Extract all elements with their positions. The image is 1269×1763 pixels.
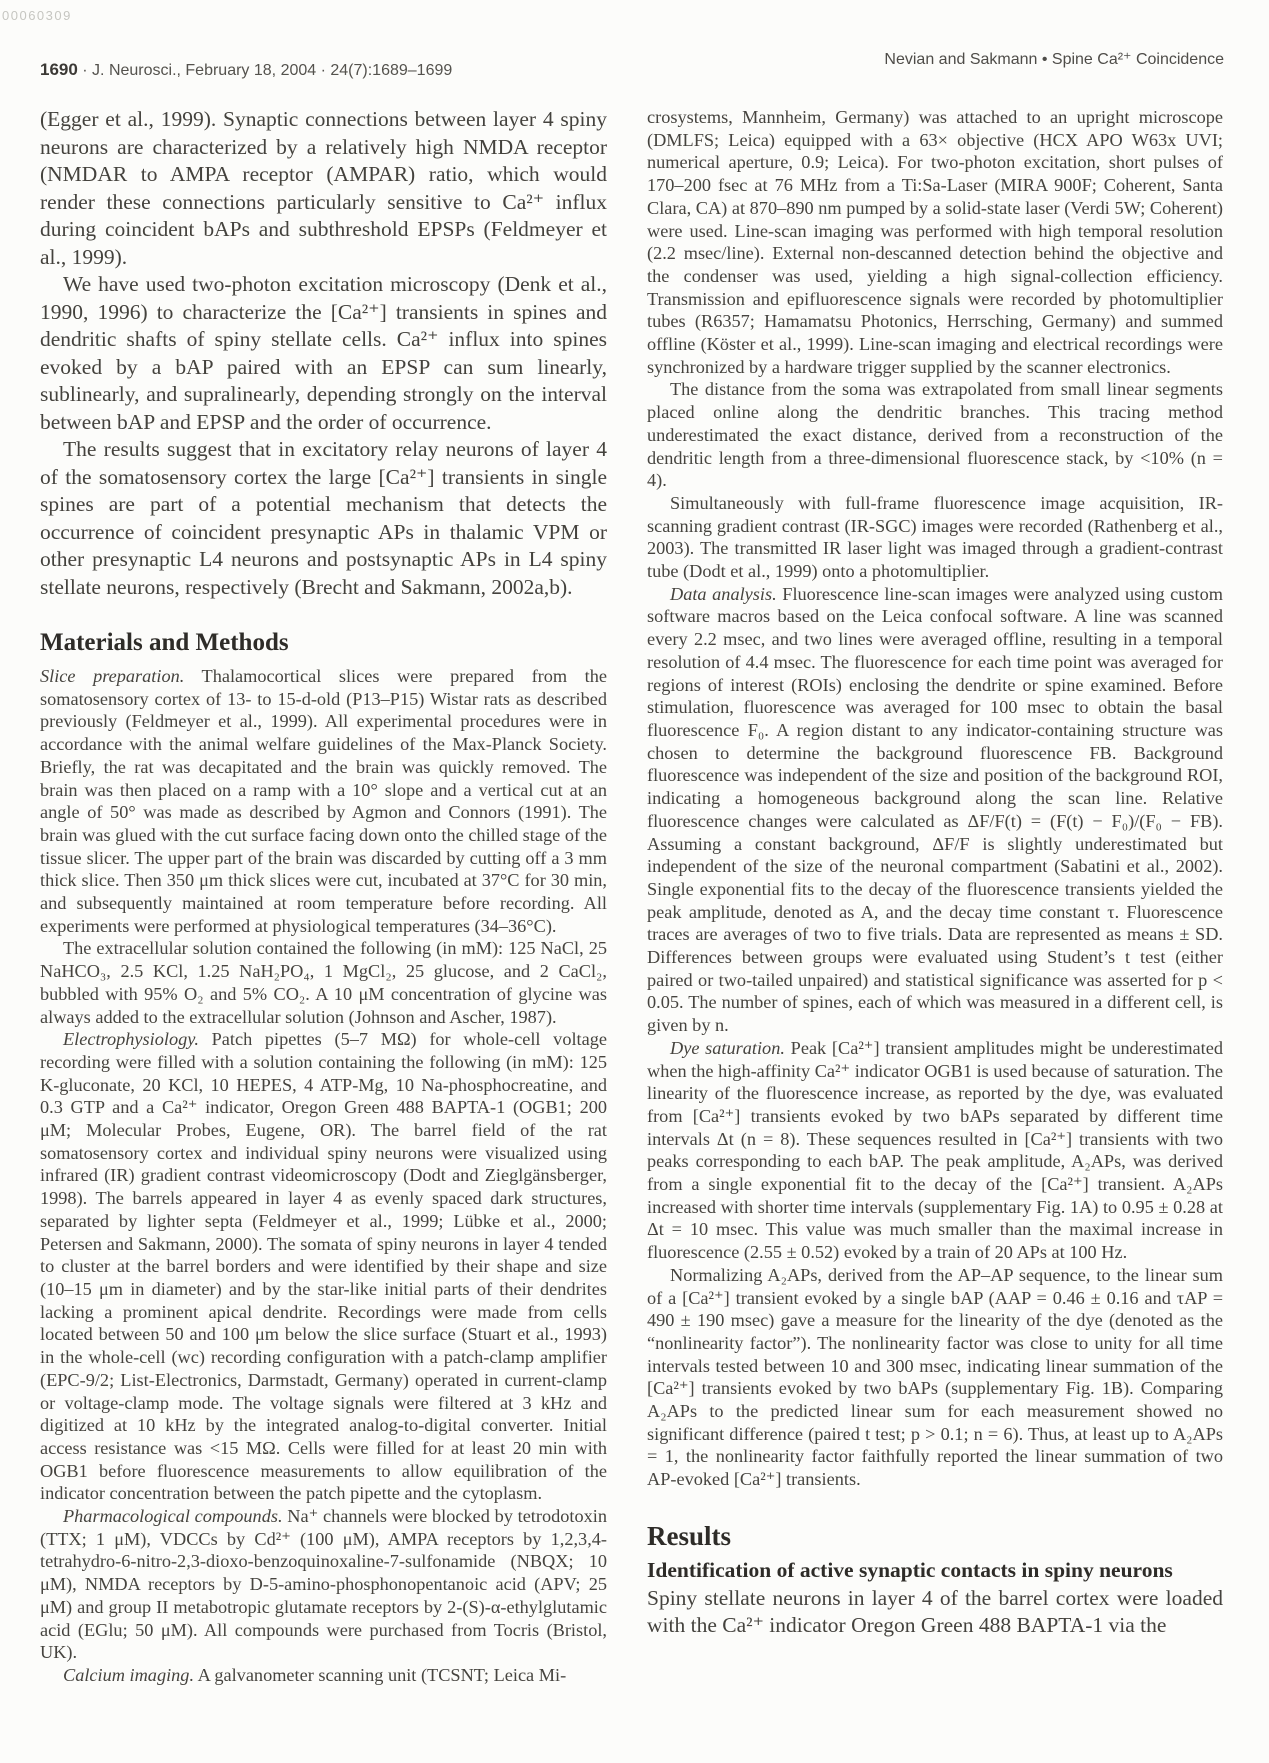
scan-number: 00060309 xyxy=(2,8,72,23)
intro-paragraph-continued: (Egger et al., 1999). Synaptic connectio… xyxy=(40,106,607,271)
paragraph-text: The distance from the soma was extrapola… xyxy=(647,379,1223,490)
methods-paragraph-data-analysis: Data analysis. Fluorescence line-scan im… xyxy=(647,583,1223,1037)
results-paragraph: Spiny stellate neurons in layer 4 of the… xyxy=(647,1585,1223,1640)
journal-page: { "scan_id": "00060309", "header": { "pa… xyxy=(0,0,1269,1763)
methods-paragraph-pharmacological-compounds: Pharmacological compounds. Na⁺ channels … xyxy=(40,1505,607,1664)
paragraph-text: The extracellular solution contained the… xyxy=(40,938,607,1026)
section-heading-materials-and-methods: Materials and Methods xyxy=(40,629,607,657)
paragraph-lead: Pharmacological compounds. xyxy=(63,1506,283,1526)
methods-paragraph-ir-sgc: Simultaneously with full-frame fluoresce… xyxy=(647,492,1223,583)
intro-paragraph: We have used two-photon excitation micro… xyxy=(40,271,607,436)
paragraph-lead: Electrophysiology. xyxy=(63,1029,199,1049)
methods-paragraph-slice-preparation: Slice preparation. Thalamocortical slice… xyxy=(40,665,607,937)
right-column: crosystems, Mannheim, Germany) was attac… xyxy=(647,106,1223,1640)
paragraph-text: Thalamocortical slices were prepared fro… xyxy=(40,666,607,936)
page-number: 1690 xyxy=(40,60,78,79)
intro-paragraph: The results suggest that in excitatory r… xyxy=(40,436,607,601)
methods-paragraph-continued: crosystems, Mannheim, Germany) was attac… xyxy=(647,106,1223,378)
journal-citation: · J. Neurosci., February 18, 2004 · 24(7… xyxy=(78,62,452,79)
paragraph-lead: Data analysis. xyxy=(670,584,777,604)
header-left: 1690 · J. Neurosci., February 18, 2004 ·… xyxy=(40,60,452,80)
methods-paragraph-electrophysiology: Electrophysiology. Patch pipettes (5–7 M… xyxy=(40,1028,607,1505)
paragraph-text: Peak [Ca²⁺] transient amplitudes might b… xyxy=(647,1038,1223,1262)
paragraph-lead: Slice preparation. xyxy=(40,666,184,686)
paragraph-text: Normalizing A₂APs, derived from the AP–A… xyxy=(647,1265,1223,1489)
paragraph-text: Simultaneously with full-frame fluoresce… xyxy=(647,493,1223,581)
section-heading-results: Results xyxy=(647,1521,1223,1552)
paragraph-lead: Calcium imaging. xyxy=(63,1665,194,1685)
paragraph-text: crosystems, Mannheim, Germany) was attac… xyxy=(647,107,1223,377)
running-head: Nevian and Sakmann • Spine Ca²⁺ Coincide… xyxy=(884,49,1224,69)
paragraph-text: Fluorescence line-scan images were analy… xyxy=(647,584,1223,1035)
methods-paragraph-dye-saturation: Dye saturation. Peak [Ca²⁺] transient am… xyxy=(647,1037,1223,1264)
paragraph-text: Patch pipettes (5–7 MΩ) for whole-cell v… xyxy=(40,1029,607,1503)
paragraph-text: Na⁺ channels were blocked by tetrodotoxi… xyxy=(40,1506,607,1662)
methods-paragraph-distance: The distance from the soma was extrapola… xyxy=(647,378,1223,492)
left-column: (Egger et al., 1999). Synaptic connectio… xyxy=(40,106,607,1687)
paragraph-text: A galvanometer scanning unit (TCSNT; Lei… xyxy=(194,1665,566,1685)
subsection-heading-identification: Identification of active synaptic contac… xyxy=(647,1557,1223,1583)
paragraph-lead: Dye saturation. xyxy=(670,1038,785,1058)
methods-paragraph-normalizing: Normalizing A₂APs, derived from the AP–A… xyxy=(647,1264,1223,1491)
methods-paragraph-calcium-imaging: Calcium imaging. A galvanometer scanning… xyxy=(40,1664,607,1687)
methods-paragraph-extracellular-solution: The extracellular solution contained the… xyxy=(40,937,607,1028)
